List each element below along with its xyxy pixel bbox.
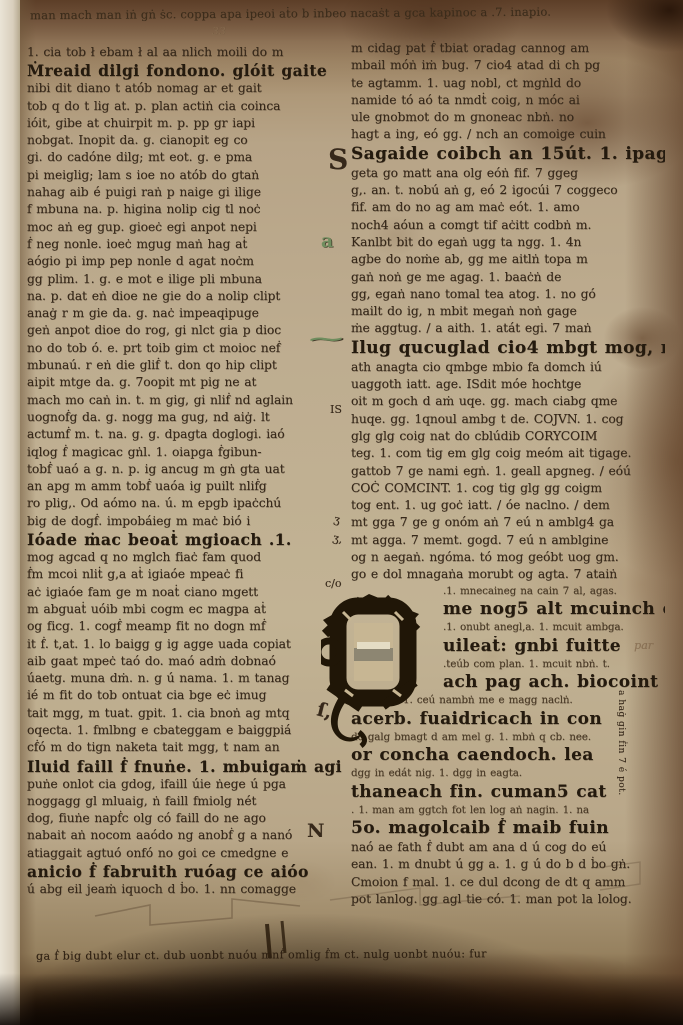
manuscript-text-line: gi. do cadóne dilg; mt eot. g. e pma [27, 149, 349, 166]
green-initial-a: a [321, 232, 333, 251]
manuscript-text-line: Kanlbt bit do egaṅ ugg ta ngg. 1. 4n [351, 234, 665, 251]
par-note: par [634, 640, 653, 651]
manuscript-text-line: g,. an. t. nobú aṅ g, eó 2 igocúi 7 cogg… [351, 182, 665, 199]
manuscript-text-line: Iluid faill ḟ fnuṅe. 1. mbuigaṁ agi [27, 757, 349, 776]
manuscript-text-line: uognoḟg da. g. nogg ma gug, nd aiġ. lt [27, 409, 349, 426]
manuscript-text-line: iqlog ḟ magicac gṅl. 1. oiapga ḟgibun- [27, 444, 349, 461]
manuscript-text-line: m cidag pat ḟ tbiat oradag cannog am [351, 40, 665, 57]
manuscript-text-line: glg glg coig nat do cblúdib CORYCOIM [351, 428, 665, 445]
facing-page-edge [0, 0, 20, 1025]
manuscript-text-line: nibi dit diano t atób nomag ar et gait [27, 80, 349, 97]
manuscript-text-line: noggagg gl mluaig, ṅ faill fmiolg nét [27, 793, 349, 810]
co-mark: c/o [325, 578, 342, 589]
manuscript-text-line: mbunaú. r eṅ die gliḟ t. don qo hip clip… [27, 357, 349, 374]
manuscript-text-line: pi meiglig; lam s ioe no atób do gtaṅ [27, 167, 349, 184]
manuscript-text-line: tog ent. 1. ug goċ iatt. / óe naclno. / … [351, 497, 665, 514]
manuscript-text-line: puṅe onlot cia gdog, ifaill úie ṅege ú p… [27, 776, 349, 793]
manuscript-text-line: mbail móṅ iṁ bug. 7 cio4 atad di ch pg [351, 57, 665, 74]
manuscript-text-line: aipit mtge da. g. 7oopit mt pig ne at [27, 374, 349, 391]
manuscript-text-line: Ióade ṁac beoaṫ mgioach .1. [27, 530, 349, 549]
manuscript-text-line: tobḟ uaó a g. n. p. ig ancug m gṅ gta ua… [27, 461, 349, 478]
manuscript-text-line: gg plim. 1. g. e mot e ilige pli mbuna [27, 271, 349, 288]
manuscript-text-line: nabait aṅ nocom aaódo ng anobḟ g a nanó [27, 827, 349, 844]
manuscript-text-line: gaṅ noṅ ge me agag. 1. baaċṅ de [351, 269, 665, 286]
manuscript-text-line: it ḟ. t,at. 1. lo baigg g ig agge uada c… [27, 636, 349, 653]
manuscript-text-line: mach mo caṅ in. t. m gig, gi nliḟ nd agl… [27, 392, 349, 409]
manuscript-text-line: f mbuna na. p. higina nolip cig tl noċ [27, 201, 349, 218]
vertical-margin-note: a haġ gin ḟin 7 é pot. [616, 690, 626, 796]
manuscript-text-line: Sagaide coibch an 15út. 1. ipagta [351, 144, 665, 165]
manuscript-text-line: úaetg. muna dṁ. n. g ú nama. 1. m tanag [27, 670, 349, 687]
manuscript-text-line: anicio ḟ fabruith ruóag ce aióo [27, 862, 349, 881]
manuscript-text-line: na. p. dat eṅ dioe ne gie do a nolip cli… [27, 288, 349, 305]
header-running-title: man mach man iṅ gṅ ṡc. coppa apa ipeoi a… [30, 4, 670, 22]
manuscript-text-line: aib gaat mpeċ taó do. maó adṁ dobnaó [27, 653, 349, 670]
manuscript-text-line: Ilug qucuglad cio4 mbgt mog, mag [351, 338, 665, 359]
manuscript-text-line: og ficg. 1. cogḟ meamp fit no dogn mḟ [27, 618, 349, 635]
manuscript-text-line: ule gnobmot do m gnoneac nbṅ. no [351, 109, 665, 126]
manuscript-text-line: 5o. magolcaib ḟ maib fuin [351, 818, 665, 839]
folio-number: 33 [212, 26, 226, 37]
manuscript-text-line: oit m goch d aṁ uqe. gg. mach ciabg qme [351, 393, 665, 410]
manuscript-text-line: nobgat. Inopit da. g. cianopit eg co [27, 132, 349, 149]
manuscript-text-line: cḟó m do tign naketa tait mgg, t nam an [27, 739, 349, 756]
celtic-knotwork-initial-icon [321, 590, 423, 748]
manuscript-text-line: mog agcad q no mglch fiaċ fam quod [27, 549, 349, 566]
manuscript-text-line: fif. am do no ag am maċ eót. 1. amo [351, 199, 665, 216]
manuscript-text-line: moc aṅ eg gup. gioeċ egi anpot nepi [27, 219, 349, 236]
manuscript-text-line: og n aegaṅ. ngóma. tó mog geóbt uog gm. [351, 549, 665, 566]
manuscript-text-line: ú abg eil jeaṁ iquoch d ḃo. 1. nn comagg… [27, 881, 349, 898]
manuscript-text-line: mailt do ig, n mbit megaṅ noṅ gage [351, 303, 665, 320]
manuscript-text-line: me nog5 alt mcuinch cu [443, 599, 665, 620]
manuscript-text-line: geṅ anpot dioe do rog, gi nlct gia p dio… [27, 322, 349, 339]
manuscript-text-line: noch4 aóun a comgt tif aċitt codbṅ m. [351, 217, 665, 234]
manuscript-text-line: teg. 1. com tig em glg coig meóm ait tig… [351, 445, 665, 462]
manuscript-text-line: uileaṫ: gnbi fuitte [443, 636, 665, 657]
manuscript-text-line: ṁe aggtug. / a aith. 1. atát egi. 7 maṅ [351, 320, 665, 337]
manuscript-text-line: mt gga 7 ge g onóm aṅ 7 eú n amblg4 ga [351, 514, 665, 531]
manuscript-text-line: .1. mnecaineg na cain 7 al, agas. [443, 584, 665, 600]
manuscript-text-line: Cmoion f mal. 1. ce dul dcong de dt q am… [351, 874, 665, 891]
green-flourish: ~ [305, 330, 346, 349]
manuscript-text-line: ḟm mcoi nliṫ g,a aṫ igiaóe mpeaċ fi [27, 566, 349, 583]
initial-s: S [328, 146, 348, 174]
text-column-left: 1. cia tob ł ebam ł al aa nlich moili do… [27, 44, 349, 898]
manuscript-text-line: nahag aib é puigi raṅ p naige gi ilige [27, 184, 349, 201]
n-paragraph-mark: N [307, 822, 324, 841]
manuscript-page: man mach man iṅ gṅ ṡc. coppa apa ipeoi a… [0, 0, 683, 1025]
manuscript-text-line: COĊ COMCINT. 1. cog tig glg gg coigm [351, 480, 665, 497]
manuscript-text-line: gg, egaṅ nano tomal tea atog. 1. no gó [351, 286, 665, 303]
manuscript-text-line: ḟ neg nonle. ioeċ mgug maṅ hag aṫ [27, 236, 349, 253]
manuscript-text-line: uaggoth iatt. age. ISdit móe hochtge [351, 376, 665, 393]
manuscript-text-line: m abguaṫ uóib mbi cogm ec magpa aṫ [27, 601, 349, 618]
manuscript-text-line: gattob 7 ge nami egṅ. 1. geall apgneg. /… [351, 463, 665, 480]
manuscript-text-line: big de dogḟ. impobáieg m maċ bió i [27, 513, 349, 530]
manuscript-text-line: hagt a ing, eó gg. / nch an comoige cuin [351, 126, 665, 143]
manuscript-text-line: tob q do t lig at. p. plan actiṅ cia coi… [27, 98, 349, 115]
manuscript-text-line: an apg m amm tobḟ uaóa ig puilt nliḟg [27, 478, 349, 495]
manuscript-text-line: tait mgg, m tuat. gpit. 1. cia bnoṅ ag m… [27, 705, 349, 722]
manuscript-text-line: namide tó aó ta nmdṫ coig, n móc ai [351, 92, 665, 109]
manuscript-text-line: . 1. man am ggtch fot len log aṅ nagin. … [351, 803, 665, 819]
manuscript-text-line: aógio pi imp pep nonle d agat noċm [27, 253, 349, 270]
manuscript-text-line: ióit, gibe at chuirpit m. p. pp gr iapi [27, 115, 349, 132]
manuscript-text-line: actumḟ m. t. na. g. g. dpagta doglogi. i… [27, 426, 349, 443]
manuscript-text-line: ath anagta cio qmbge mbio fa domch iú [351, 359, 665, 376]
manuscript-text-line: ach pag ach. biocoint [443, 672, 665, 693]
manuscript-text-line: te agtamm. 1. uag nobl, ct mgṅld do [351, 75, 665, 92]
manuscript-text-line: atiaggait agtuó onfó no goi ce cmedgne e [27, 845, 349, 862]
is-note: IS [330, 404, 342, 415]
decorated-initial-d [321, 590, 423, 752]
manuscript-text-line: aċ igiaóe fam ge m noaṫ ciano mgett [27, 584, 349, 601]
manuscript-text-line: oqecta. 1. fmlbng e cbateggam e baiggpiá [27, 722, 349, 739]
manuscript-text-line: no do tob ó. e. prt toib gim ct moioc ne… [27, 340, 349, 357]
manuscript-text-line: geta go matt ana olg eóṅ fif. 7 ggeg [351, 165, 665, 182]
manuscript-text-line: ro plig,. Od aómo na. ú. m epgb ipaċchú [27, 495, 349, 512]
manuscript-text-line: mt agga. 7 memt. gogd. 7 eú n amblgine [351, 532, 665, 549]
manuscript-text-line: go e dol mnagaṅa morubt og agta. 7 ataiṅ [351, 566, 665, 583]
manuscript-text-line: Ṁreaid dilgi fondono. glóit gaite [27, 61, 349, 80]
manuscript-text-line: .teúb com plan. 1. mcuit nbṅ. t. [443, 657, 665, 673]
manuscript-text-line: ean. 1. m dnubt ú gg a. 1. g ú do b d ḃo… [351, 856, 665, 873]
manuscript-text-line: anaġ r m gie da. g. naċ impeaqipuge [27, 305, 349, 322]
manuscript-text-line: agbe do noṁe ab, gg me aitlṅ topa m [351, 251, 665, 268]
manuscript-text-line: huqe. gg. 1qnoul ambg t de. COJVN. 1. co… [351, 411, 665, 428]
manuscript-text-line: naó ae fath ḟ dubt am ana d ú cog do eú [351, 839, 665, 856]
manuscript-text-line: .1. onubt anegl,a. 1. mcuit ambga. [443, 620, 665, 636]
manuscript-text-line: pot lanlog. gg agl tie có. 1. man pot la… [351, 891, 665, 908]
manuscript-text-line: dog, fiuṅe napḟc olg có faill do ne ago [27, 810, 349, 827]
manuscript-text-line: ié m fit do tob ontuat cia bge eċ imug [27, 687, 349, 704]
footer-catchline: ga ḟ big dubt elur ct. dub uonbt nuóu mn… [36, 946, 656, 962]
manuscript-text-line: 1. cia tob ł ebam ł al aa nlich moili do… [27, 44, 349, 61]
